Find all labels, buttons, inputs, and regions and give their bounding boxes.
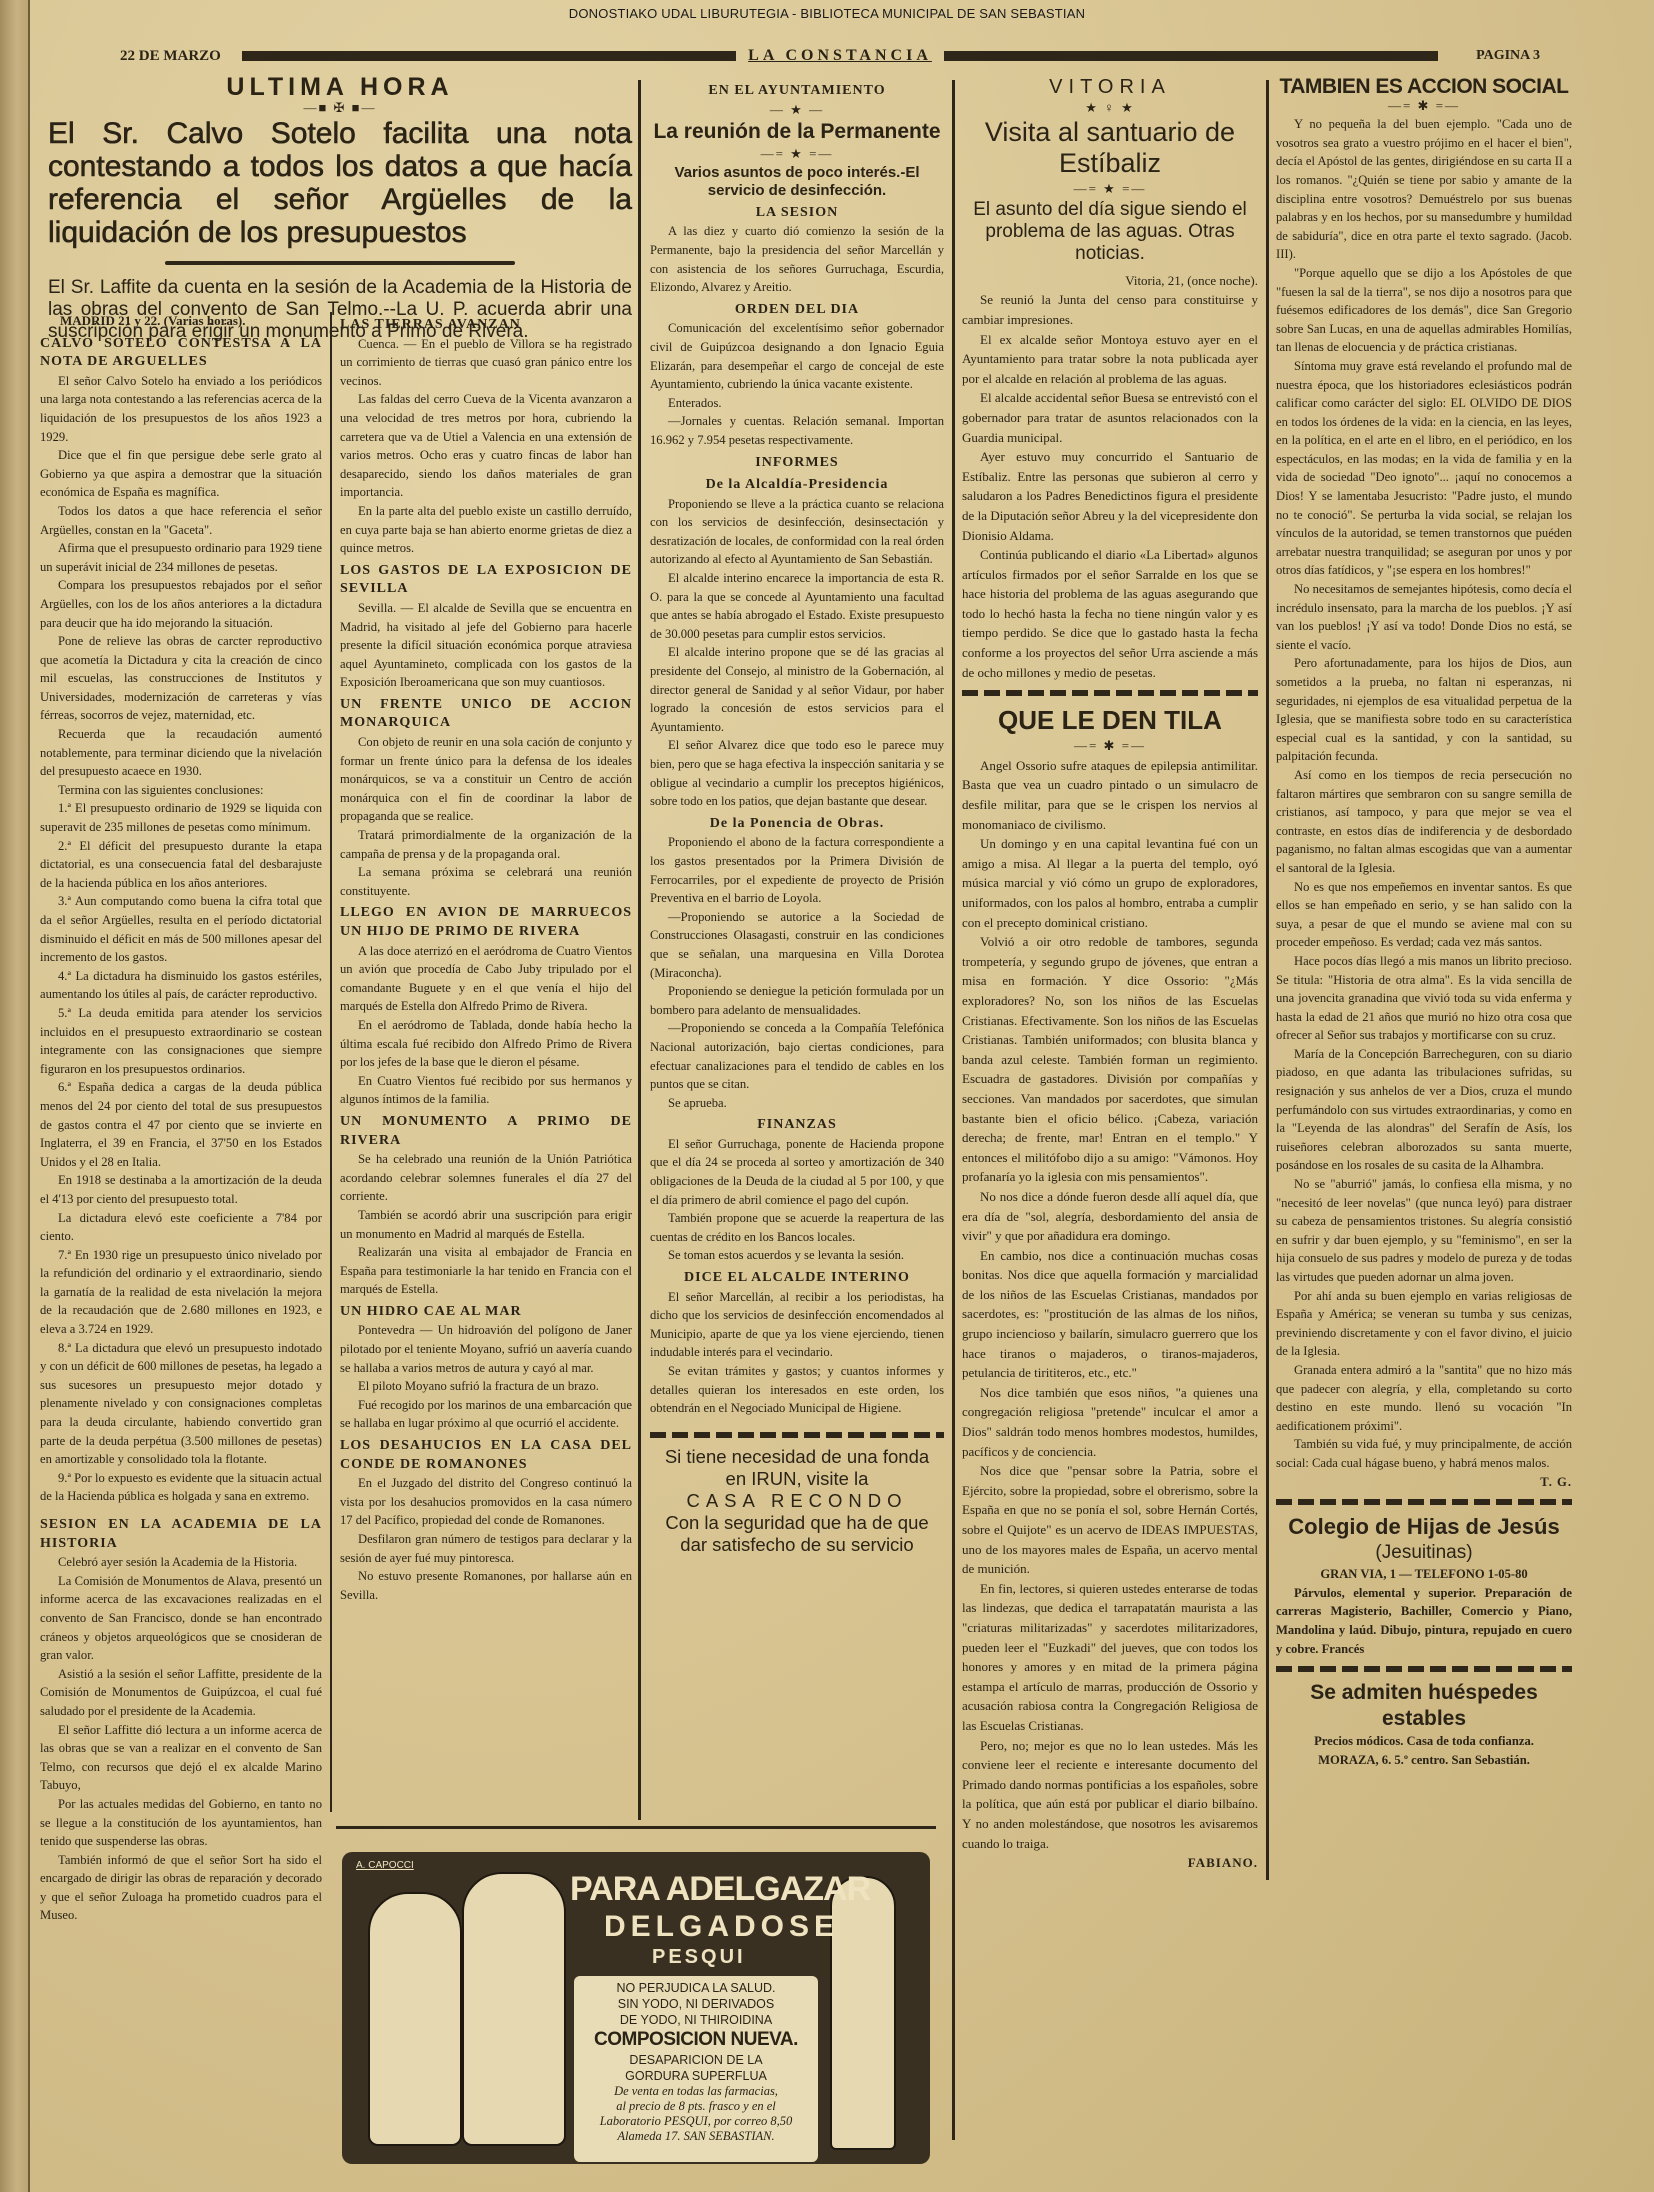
paragraph: Volvió a oir otro redoble de tambores, s… — [962, 932, 1258, 1187]
divider — [650, 1432, 944, 1438]
paragraph: Sevilla. — El alcalde de Sevilla que se … — [340, 599, 632, 692]
paragraph: No estuvo presente Romanones, por hallar… — [340, 1567, 632, 1604]
paragraph: Dice que el fin que persigue debe serle … — [40, 446, 322, 502]
archive-banner: DONOSTIAKO UDAL LIBURUTEGIA - BIBLIOTECA… — [0, 6, 1654, 21]
paragraph: Nos dice también que esos niños, "a quie… — [962, 1383, 1258, 1461]
paragraph: A las doce aterrizó en el aeródroma de C… — [340, 942, 632, 1016]
ornament: —= ✱ =— — [962, 736, 1258, 756]
section-subtitle: De la Alcaldía-Presidencia — [650, 476, 944, 495]
ornament: —= ✱ =— — [1276, 97, 1572, 116]
page-number: PAGINA 3 — [1450, 48, 1540, 64]
paragraph: Las faldas del cerro Cueva de la Vicenta… — [340, 390, 632, 502]
section-kicker: ULTIMA HORA — [48, 78, 632, 98]
ornament: ★ ♀ ★ — [962, 98, 1258, 118]
dateline: Vitoria, 21, (once noche). — [962, 271, 1258, 291]
paragraph: Se evitan trámites y gastos; y cuantos i… — [650, 1362, 944, 1418]
paragraph: Hace pocos días llegó a mis manos un lib… — [1276, 952, 1572, 1045]
column-rule — [638, 80, 641, 1820]
paragraph: Proponiendo se lleve a la práctica cuant… — [650, 495, 944, 569]
paragraph: El señor Alvarez dice que todo eso le pa… — [650, 736, 944, 810]
ad-line: DE YODO, NI THIROIDINA — [574, 2012, 818, 2028]
paragraph: No necesitamos de semejantes hipótesis, … — [1276, 580, 1572, 654]
paragraph: —Jornales y cuentas. Relación semanal. I… — [650, 412, 944, 449]
paragraph: Así como en los tiempos de recia persecu… — [1276, 766, 1572, 878]
paragraph: Nos dice que "pensar sobre la Patria, so… — [962, 1461, 1258, 1579]
column-rule — [952, 80, 955, 2140]
paragraph: Comunicación del excelentísimo señor gob… — [650, 319, 944, 393]
paragraph: No se "aburrió" jamás, lo confiesa ella … — [1276, 1175, 1572, 1287]
section-title: LAS TIERRAS AVANZAN — [340, 316, 632, 335]
paragraph: 3.ª Aun computando como buena la cifra t… — [40, 892, 322, 966]
section-title: UN FRENTE UNICO DE ACCION MONARQUICA — [340, 696, 632, 733]
paragraph: También su vida fué, y muy principalment… — [1276, 1435, 1572, 1472]
paragraph: Por las actuales medidas del Gobierno, e… — [40, 1795, 322, 1851]
ad-colegio-subtitle: (Jesuitinas) — [1276, 1541, 1572, 1565]
paragraph: El alcalde interino propone que se dé la… — [650, 643, 944, 736]
paragraph: Celebró ayer sesión la Academia de la Hi… — [40, 1553, 322, 1572]
ad-line: Laboratorio PESQUI, por correo 8,50 — [574, 2114, 818, 2129]
ornament: —= ★ =— — [962, 179, 1258, 199]
ad-line: SIN YODO, NI DERIVADOS — [574, 1996, 818, 2012]
ornament: — ★ — — [650, 101, 944, 120]
paragraph: "Porque aquello que se dijo a los Apósto… — [1276, 264, 1572, 357]
paragraph: Enterados. — [650, 394, 944, 413]
section-title: LOS DESAHUCIOS EN LA CASA DEL CONDE DE R… — [340, 1437, 632, 1474]
column-rule — [330, 312, 332, 1812]
divider — [1276, 1499, 1572, 1505]
paragraph: Continúa publicando el diario «La Libert… — [962, 545, 1258, 682]
paragraph: —Proponiendo se autorice a la Sociedad d… — [650, 908, 944, 982]
section-title: LLEGO EN AVION DE MARRUECOS UN HIJO DE P… — [340, 904, 632, 941]
paragraph: Todos los datos a que hace referencia el… — [40, 502, 322, 539]
paragraph: No nos dice a dónde fueron desde allí aq… — [962, 1187, 1258, 1246]
article-body: Angel Ossorio sufre ataques de epilepsia… — [962, 756, 1258, 1853]
ad-line: al precio de 8 pts. frasco y en el — [574, 2099, 818, 2114]
paragraph: Fué recogido por los marinos de una emba… — [340, 1396, 632, 1433]
paragraph: En la parte alta del pueblo existe un ca… — [340, 502, 632, 558]
paragraph: Compara los presupuestos rebajados por e… — [40, 576, 322, 632]
section-title: LOS GASTOS DE LA EXPOSICION DE SEVILLA — [340, 562, 632, 599]
paragraph: 6.ª España dedica a cargas de la deuda p… — [40, 1078, 322, 1171]
paragraph: El alcalde accidental señor Buesa se ent… — [962, 388, 1258, 447]
dateline: MADRID 21 y 22. (Varias horas). — [40, 312, 322, 331]
paragraph: Se ha celebrado una reunión de la Unión … — [340, 1150, 632, 1206]
ad-line: CASA RECONDO — [650, 1490, 944, 1512]
signature: FABIANO. — [962, 1853, 1258, 1873]
paragraph: El piloto Moyano sufrió la fractura de u… — [340, 1377, 632, 1396]
paragraph: La semana próxima se celebrará una reuni… — [340, 863, 632, 900]
ad-headline: PARA ADELGAZAR — [570, 1870, 870, 1909]
paragraph: También se acordó abrir una suscripción … — [340, 1206, 632, 1243]
ad-line: DESAPARICION DE LA — [574, 2052, 818, 2068]
column-rule — [1266, 80, 1269, 1880]
column-4: VITORIA ★ ♀ ★ Visita al santuario de Est… — [962, 78, 1258, 1873]
paragraph: En 1918 se destinaba a la amortización d… — [40, 1171, 322, 1208]
paragraph: Se aprueba. — [650, 1094, 944, 1113]
kicker-ornament: —■ ✠ ■— — [48, 98, 632, 118]
paragraph: Con objeto de reunir en una sola cación … — [340, 733, 632, 826]
paragraph: El alcalde interino encarece la importan… — [650, 569, 944, 643]
ad-maker: PESQUI — [652, 1946, 746, 1969]
paragraph: 2.ª El déficit del presupuesto durante l… — [40, 837, 322, 893]
masthead-rule-right — [944, 51, 1438, 61]
ad-line: dar satisfecho de su servicio — [650, 1534, 944, 1556]
paragraph: El señor Laffitte dió lectura a un infor… — [40, 1721, 322, 1795]
ad-top-rule — [336, 1826, 936, 1829]
paragraph: En el Juzgado del distrito del Congreso … — [340, 1474, 632, 1530]
divider — [1276, 1666, 1572, 1672]
paragraph: En el aeródromo de Tablada, donde había … — [340, 1016, 632, 1072]
paragraph: Pero afortunadamente, para los hijos de … — [1276, 654, 1572, 766]
section-title: De la Ponencia de Obras. — [650, 815, 944, 834]
paragraph: 1.ª El presupuesto ordinario de 1929 se … — [40, 799, 322, 836]
ad-colegio-address: GRAN VIA, 1 — TELEFONO 1-05-80 — [1276, 1565, 1572, 1584]
paragraph: A las diez y cuarto dió comienzo la sesi… — [650, 222, 944, 296]
ultima-hora-banner: ULTIMA HORA —■ ✠ ■— El Sr. Calvo Sotelo … — [48, 78, 632, 343]
headline-divider — [165, 261, 515, 265]
paragraph: El señor Gurruchaga, ponente de Hacienda… — [650, 1135, 944, 1209]
ad-casa-recondo: Si tiene necesidad de una fonda en IRUN,… — [650, 1446, 944, 1556]
illustration-slim-woman — [830, 1876, 896, 2150]
masthead: 22 DE MARZO LA CONSTANCIA PAGINA 3 — [120, 44, 1540, 68]
masthead-rule-left — [242, 51, 736, 61]
paragraph: Afirma que el presupuesto ordinario para… — [40, 539, 322, 576]
paragraph: Por ahí anda su buen ejemplo en varias r… — [1276, 1287, 1572, 1361]
paragraph: El ex alcalde señor Montoya estuvo ayer … — [962, 330, 1258, 389]
paragraph: La Comisión de Monumentos de Alava, pres… — [40, 1572, 322, 1665]
paragraph: También informó de que el señor Sort ha … — [40, 1851, 322, 1925]
ad-colegio-title: Colegio de Hijas de Jesús — [1276, 1513, 1572, 1541]
column-2: LAS TIERRAS AVANZANCuenca. — En el puebl… — [340, 312, 632, 1604]
paragraph: 7.ª En 1930 rige un presupuesto único ni… — [40, 1246, 322, 1339]
ad-line: Si tiene necesidad de una fonda — [650, 1446, 944, 1468]
article-body: Celebró ayer sesión la Academia de la Hi… — [40, 1553, 322, 1925]
article-body: LA SESIONA las diez y cuarto dió comienz… — [650, 204, 944, 1418]
ad-line: Con la seguridad que ha de que — [650, 1512, 944, 1534]
ad-line: De venta en todas las farmacias, — [574, 2084, 818, 2099]
paragraph: Pero, no; mejor es que no lo lean ustede… — [962, 1736, 1258, 1854]
illustration-man-hat — [462, 1872, 566, 2146]
paragraph: Realizarán una visita al embajador de Fr… — [340, 1243, 632, 1299]
headline: Visita al santuario de Estíbaliz — [962, 117, 1258, 179]
subheadline: Varios asuntos de poco interés.-El servi… — [650, 164, 944, 200]
paragraph: El señor Marcellán, al recibir a los per… — [650, 1288, 944, 1362]
ad-delgadose: A. CAPOCCI PARA ADELGAZAR DELGADOSE PESQ… — [342, 1852, 930, 2164]
tila-title: QUE LE DEN TILA — [962, 704, 1258, 736]
subheadline: El asunto del día sigue siendo el proble… — [962, 199, 1258, 265]
paragraph: El señor Calvo Sotelo ha enviado a los p… — [40, 372, 322, 446]
paragraph: Proponiendo se deniegue la petición form… — [650, 982, 944, 1019]
signature: T. G. — [1276, 1473, 1572, 1492]
article-body: Se reunió la Junta del censo para consti… — [962, 290, 1258, 682]
section-title: SESION EN LA ACADEMIA DE LA HISTORIA — [40, 1516, 322, 1553]
section-kicker: VITORIA — [962, 78, 1258, 98]
paragraph: Desfilaron gran número de testigos para … — [340, 1530, 632, 1567]
paragraph: María de la Concepción Barrecheguren, co… — [1276, 1045, 1572, 1175]
illustration-woman-coat — [368, 1892, 462, 2146]
paragraph: Pone de relieve las obras de carcter rep… — [40, 632, 322, 725]
artist-signature: A. CAPOCCI — [356, 1860, 414, 1871]
paragraph: Proponiendo el abono de la factura corre… — [650, 833, 944, 907]
issue-date: 22 DE MARZO — [120, 48, 230, 65]
main-headline: El Sr. Calvo Sotelo facilita una nota co… — [48, 117, 632, 249]
section-title: FINANZAS — [650, 1116, 944, 1135]
paragraph: Termina con las siguientes conclusiones: — [40, 781, 322, 800]
article-body: Y no pequeña la del buen ejemplo. "Cada … — [1276, 115, 1572, 1472]
section-title: INFORMES — [650, 454, 944, 473]
ad-line: Alameda 17. SAN SEBASTIAN. — [574, 2129, 818, 2144]
ad-huespedes-line: Precios módicos. Casa de toda confianza. — [1276, 1732, 1572, 1751]
newspaper-title: LA CONSTANCIA — [748, 47, 932, 65]
section-title: ORDEN DEL DIA — [650, 301, 944, 320]
ad-line: GORDURA SUPERFLUA — [574, 2068, 818, 2084]
paragraph: 8.ª La dictadura que elevó un presupuest… — [40, 1339, 322, 1469]
paragraph: No es que nos empeñemos en inventar sant… — [1276, 878, 1572, 952]
headline: La reunión de la Permanente — [650, 119, 944, 145]
section-title: UN MONUMENTO A PRIMO DE RIVERA — [340, 1113, 632, 1150]
ad-text-panel: NO PERJUDICA LA SALUD. SIN YODO, NI DERI… — [574, 1976, 818, 2162]
paragraph: Tratará primordialmente de la organizaci… — [340, 826, 632, 863]
paragraph: Cuenca. — En el pueblo de Villora se ha … — [340, 335, 632, 391]
ad-line: COMPOSICION NUEVA. — [574, 2028, 818, 2052]
ornament: —= ★ =— — [650, 145, 944, 164]
paragraph: Recuerda que la recaudación aumentó nota… — [40, 725, 322, 781]
paragraph: Granada entera admiró a la "santita" que… — [1276, 1361, 1572, 1435]
ad-line: en IRUN, visite la — [650, 1468, 944, 1490]
ad-brand: DELGADOSE — [604, 1910, 839, 1944]
headline: TAMBIEN ES ACCION SOCIAL — [1276, 78, 1572, 97]
paragraph: En cambio, nos dice a continuación mucha… — [962, 1246, 1258, 1383]
divider — [962, 690, 1258, 696]
ad-colegio-body: Párvulos, elemental y superior. Preparac… — [1276, 1584, 1572, 1658]
ad-huespedes-line: MORAZA, 6. 5.º centro. San Sebastián. — [1276, 1751, 1572, 1770]
paragraph: —Proponiendo se conceda a la Compañía Te… — [650, 1019, 944, 1093]
section-title: LA SESION — [650, 204, 944, 223]
paragraph: 4.ª La dictadura ha disminuido los gasto… — [40, 967, 322, 1004]
paragraph: Ayer estuvo muy concurrido el Santuario … — [962, 447, 1258, 545]
ad-huespedes-title: Se admiten huéspedes estables — [1276, 1680, 1572, 1732]
section-kicker: EN EL AYUNTAMIENTO — [650, 82, 944, 101]
paragraph: En fin, lectores, si quieren ustedes ent… — [962, 1579, 1258, 1736]
paragraph: 5.ª La deuda emitida para atender los se… — [40, 1004, 322, 1078]
paragraph: Se toman estos acuerdos y se levanta la … — [650, 1246, 944, 1265]
column-5: TAMBIEN ES ACCION SOCIAL —= ✱ =— Y no pe… — [1276, 78, 1572, 1769]
paragraph: Síntoma muy grave está revelando el prof… — [1276, 357, 1572, 580]
ad-line: NO PERJUDICA LA SALUD. — [574, 1980, 818, 1996]
section-title: UN HIDRO CAE AL MAR — [340, 1303, 632, 1322]
paragraph: Un domingo y en una capital levantina fu… — [962, 834, 1258, 932]
paragraph: Asistió a la sesión el señor Laffitte, p… — [40, 1665, 322, 1721]
article-body: El señor Calvo Sotelo ha enviado a los p… — [40, 372, 322, 1506]
paragraph: Angel Ossorio sufre ataques de epilepsia… — [962, 756, 1258, 834]
column-1: MADRID 21 y 22. (Varias horas). CALVO SO… — [40, 312, 322, 1925]
paragraph: Se reunió la Junta del censo para consti… — [962, 290, 1258, 329]
paragraph: Pontevedra — Un hidroavión del polígono … — [340, 1321, 632, 1377]
paragraph: En Cuatro Vientos fué recibido por sus h… — [340, 1072, 632, 1109]
section-title: CALVO SOTELO CONTESTSA A LA NOTA DE ARGU… — [40, 335, 322, 372]
page-binding — [0, 0, 30, 2192]
paragraph: Y no pequeña la del buen ejemplo. "Cada … — [1276, 115, 1572, 264]
section-title: DICE EL ALCALDE INTERINO — [650, 1269, 944, 1288]
paragraph: La dictadura elevó este coeficiente a 7'… — [40, 1209, 322, 1246]
column-3: EN EL AYUNTAMIENTO — ★ — La reunión de l… — [650, 78, 944, 1556]
paragraph: 9.ª Por lo expuesto es evidente que la s… — [40, 1469, 322, 1506]
paragraph: También propone que se acuerde la reaper… — [650, 1209, 944, 1246]
